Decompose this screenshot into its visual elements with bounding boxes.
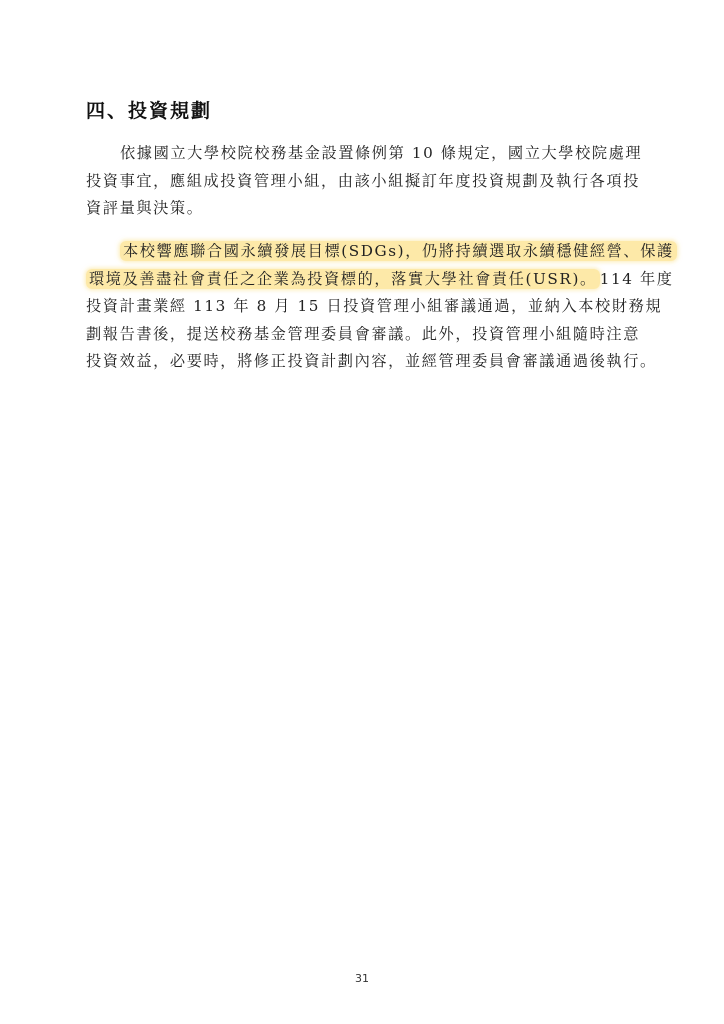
paragraph-line: 投資效益，必要時，將修正投資計劃內容，並經管理委員會審議通過後執行。 xyxy=(86,348,642,376)
paragraph-line: 投資計畫業經 113 年 8 月 15 日投資管理小組審議通過，並納入本校財務規 xyxy=(86,293,642,321)
paragraph-investment-plan: 本校響應聯合國永續發展目標(SDGs)，仍將持續選取永續穩健經營、保護 環境及善… xyxy=(86,238,642,376)
paragraph-line: 投資事宜，應組成投資管理小組，由該小組擬訂年度投資規劃及執行各項投 xyxy=(86,168,642,196)
page-number: 31 xyxy=(0,972,724,985)
paragraph-line: 劃報告書後，提送校務基金管理委員會審議。此外，投資管理小組隨時注意 xyxy=(86,321,642,349)
paragraph-line-highlighted: 環境及善盡社會責任之企業為投資標的，落實大學社會責任(USR)。114 年度 xyxy=(86,266,642,294)
paragraph-legal-basis: 依據國立大學校院校務基金設置條例第 10 條規定，國立大學校院處理 投資事宜，應… xyxy=(86,140,642,223)
paragraph-line: 依據國立大學校院校務基金設置條例第 10 條規定，國立大學校院處理 xyxy=(86,140,642,168)
document-page: 四、投資規劃 依據國立大學校院校務基金設置條例第 10 條規定，國立大學校院處理… xyxy=(0,0,724,1024)
paragraph-line: 資評量與決策。 xyxy=(86,195,642,223)
section-heading: 四、投資規劃 xyxy=(86,96,212,123)
highlight-usr: 環境及善盡社會責任之企業為投資標的，落實大學社會責任(USR)。 xyxy=(86,269,600,289)
paragraph-text: 114 年度 xyxy=(600,270,674,288)
paragraph-line-highlighted: 本校響應聯合國永續發展目標(SDGs)，仍將持續選取永續穩健經營、保護 xyxy=(86,238,642,266)
highlight-sdgs: 本校響應聯合國永續發展目標(SDGs)，仍將持續選取永續穩健經營、保護 xyxy=(120,241,677,261)
